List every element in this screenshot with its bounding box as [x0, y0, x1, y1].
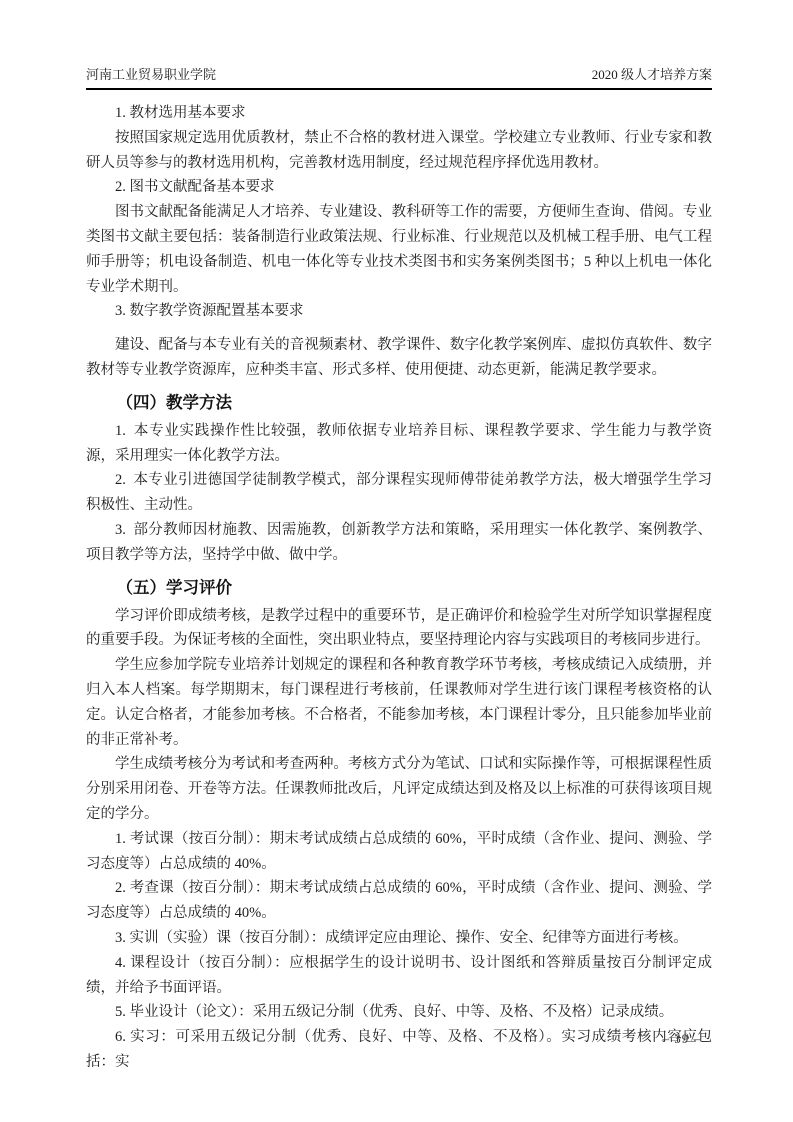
section-heading: （四）教学方法	[86, 390, 712, 416]
paragraph: 学习评价即成绩考核，是教学过程中的重要环节，是正确评价和检验学生对所学知识掌握程…	[86, 604, 712, 654]
document-body: 1. 教材选用基本要求按照国家规定选用优质教材，禁止不合格的教材进入课堂。学校建…	[86, 101, 712, 1075]
paragraph: 5. 毕业设计（论文）：采用五级记分制（优秀、良好、中等、及格、不及格）记录成绩…	[86, 1000, 712, 1025]
paragraph: 4. 课程设计（按百分制）：应根据学生的设计说明书、设计图纸和答辩质量按百分制评…	[86, 951, 712, 1001]
paragraph: 建设、配备与本专业有关的音视频素材、教学课件、数字化教学案例库、虚拟仿真软件、数…	[86, 333, 712, 383]
paragraph: 3. 数字教学资源配置基本要求	[86, 299, 712, 324]
paragraph: 2. 考查课（按百分制）：期末考试成绩占总成绩的 60%，平时成绩（含作业、提问…	[86, 876, 712, 926]
paragraph: 3. 实训（实验）课（按百分制）：成绩评定应由理论、操作、安全、纪律等方面进行考…	[86, 926, 712, 951]
paragraph: 学生成绩考核分为考试和考查两种。考核方式分为笔试、口试和实际操作等，可根据课程性…	[86, 752, 712, 826]
paragraph: 1. 教材选用基本要求	[86, 101, 712, 126]
document-page: 河南工业贸易职业学院 2020 级人才培养方案 1. 教材选用基本要求按照国家规…	[0, 0, 793, 1122]
header-school-name: 河南工业贸易职业学院	[86, 66, 216, 83]
page-header: 河南工业贸易职业学院 2020 级人才培养方案	[86, 66, 712, 90]
section-heading: （五）学习评价	[86, 575, 712, 601]
page-footer: – 39 –	[663, 1031, 702, 1046]
paragraph: 6. 实习：可采用五级记分制（优秀、良好、中等、及格、不及格）。实习成绩考核内容…	[86, 1025, 712, 1075]
paragraph: 1. 本专业实践操作性比较强，教师依据专业培养目标、课程教学要求、学生能力与教学…	[86, 419, 712, 469]
page-number: – 39 –	[663, 1031, 702, 1046]
paragraph: 图书文献配备能满足人才培养、专业建设、教科研等工作的需要，方便师生查询、借阅。专…	[86, 200, 712, 299]
paragraph: 1. 考试课（按百分制）：期末考试成绩占总成绩的 60%，平时成绩（含作业、提问…	[86, 827, 712, 877]
header-doc-title: 2020 级人才培养方案	[592, 66, 712, 83]
paragraph: 按照国家规定选用优质教材，禁止不合格的教材进入课堂。学校建立专业教师、行业专家和…	[86, 126, 712, 176]
paragraph: 学生应参加学院专业培养计划规定的课程和各种教育教学环节考核，考核成绩记入成绩册，…	[86, 653, 712, 752]
paragraph: 3. 部分教师因材施教、因需施教，创新教学方法和策略，采用理实一体化教学、案例教…	[86, 518, 712, 568]
paragraph: 2. 图书文献配备基本要求	[86, 175, 712, 200]
paragraph: 2. 本专业引进德国学徒制教学模式，部分课程实现师傅带徒弟教学方法，极大增强学生…	[86, 468, 712, 518]
